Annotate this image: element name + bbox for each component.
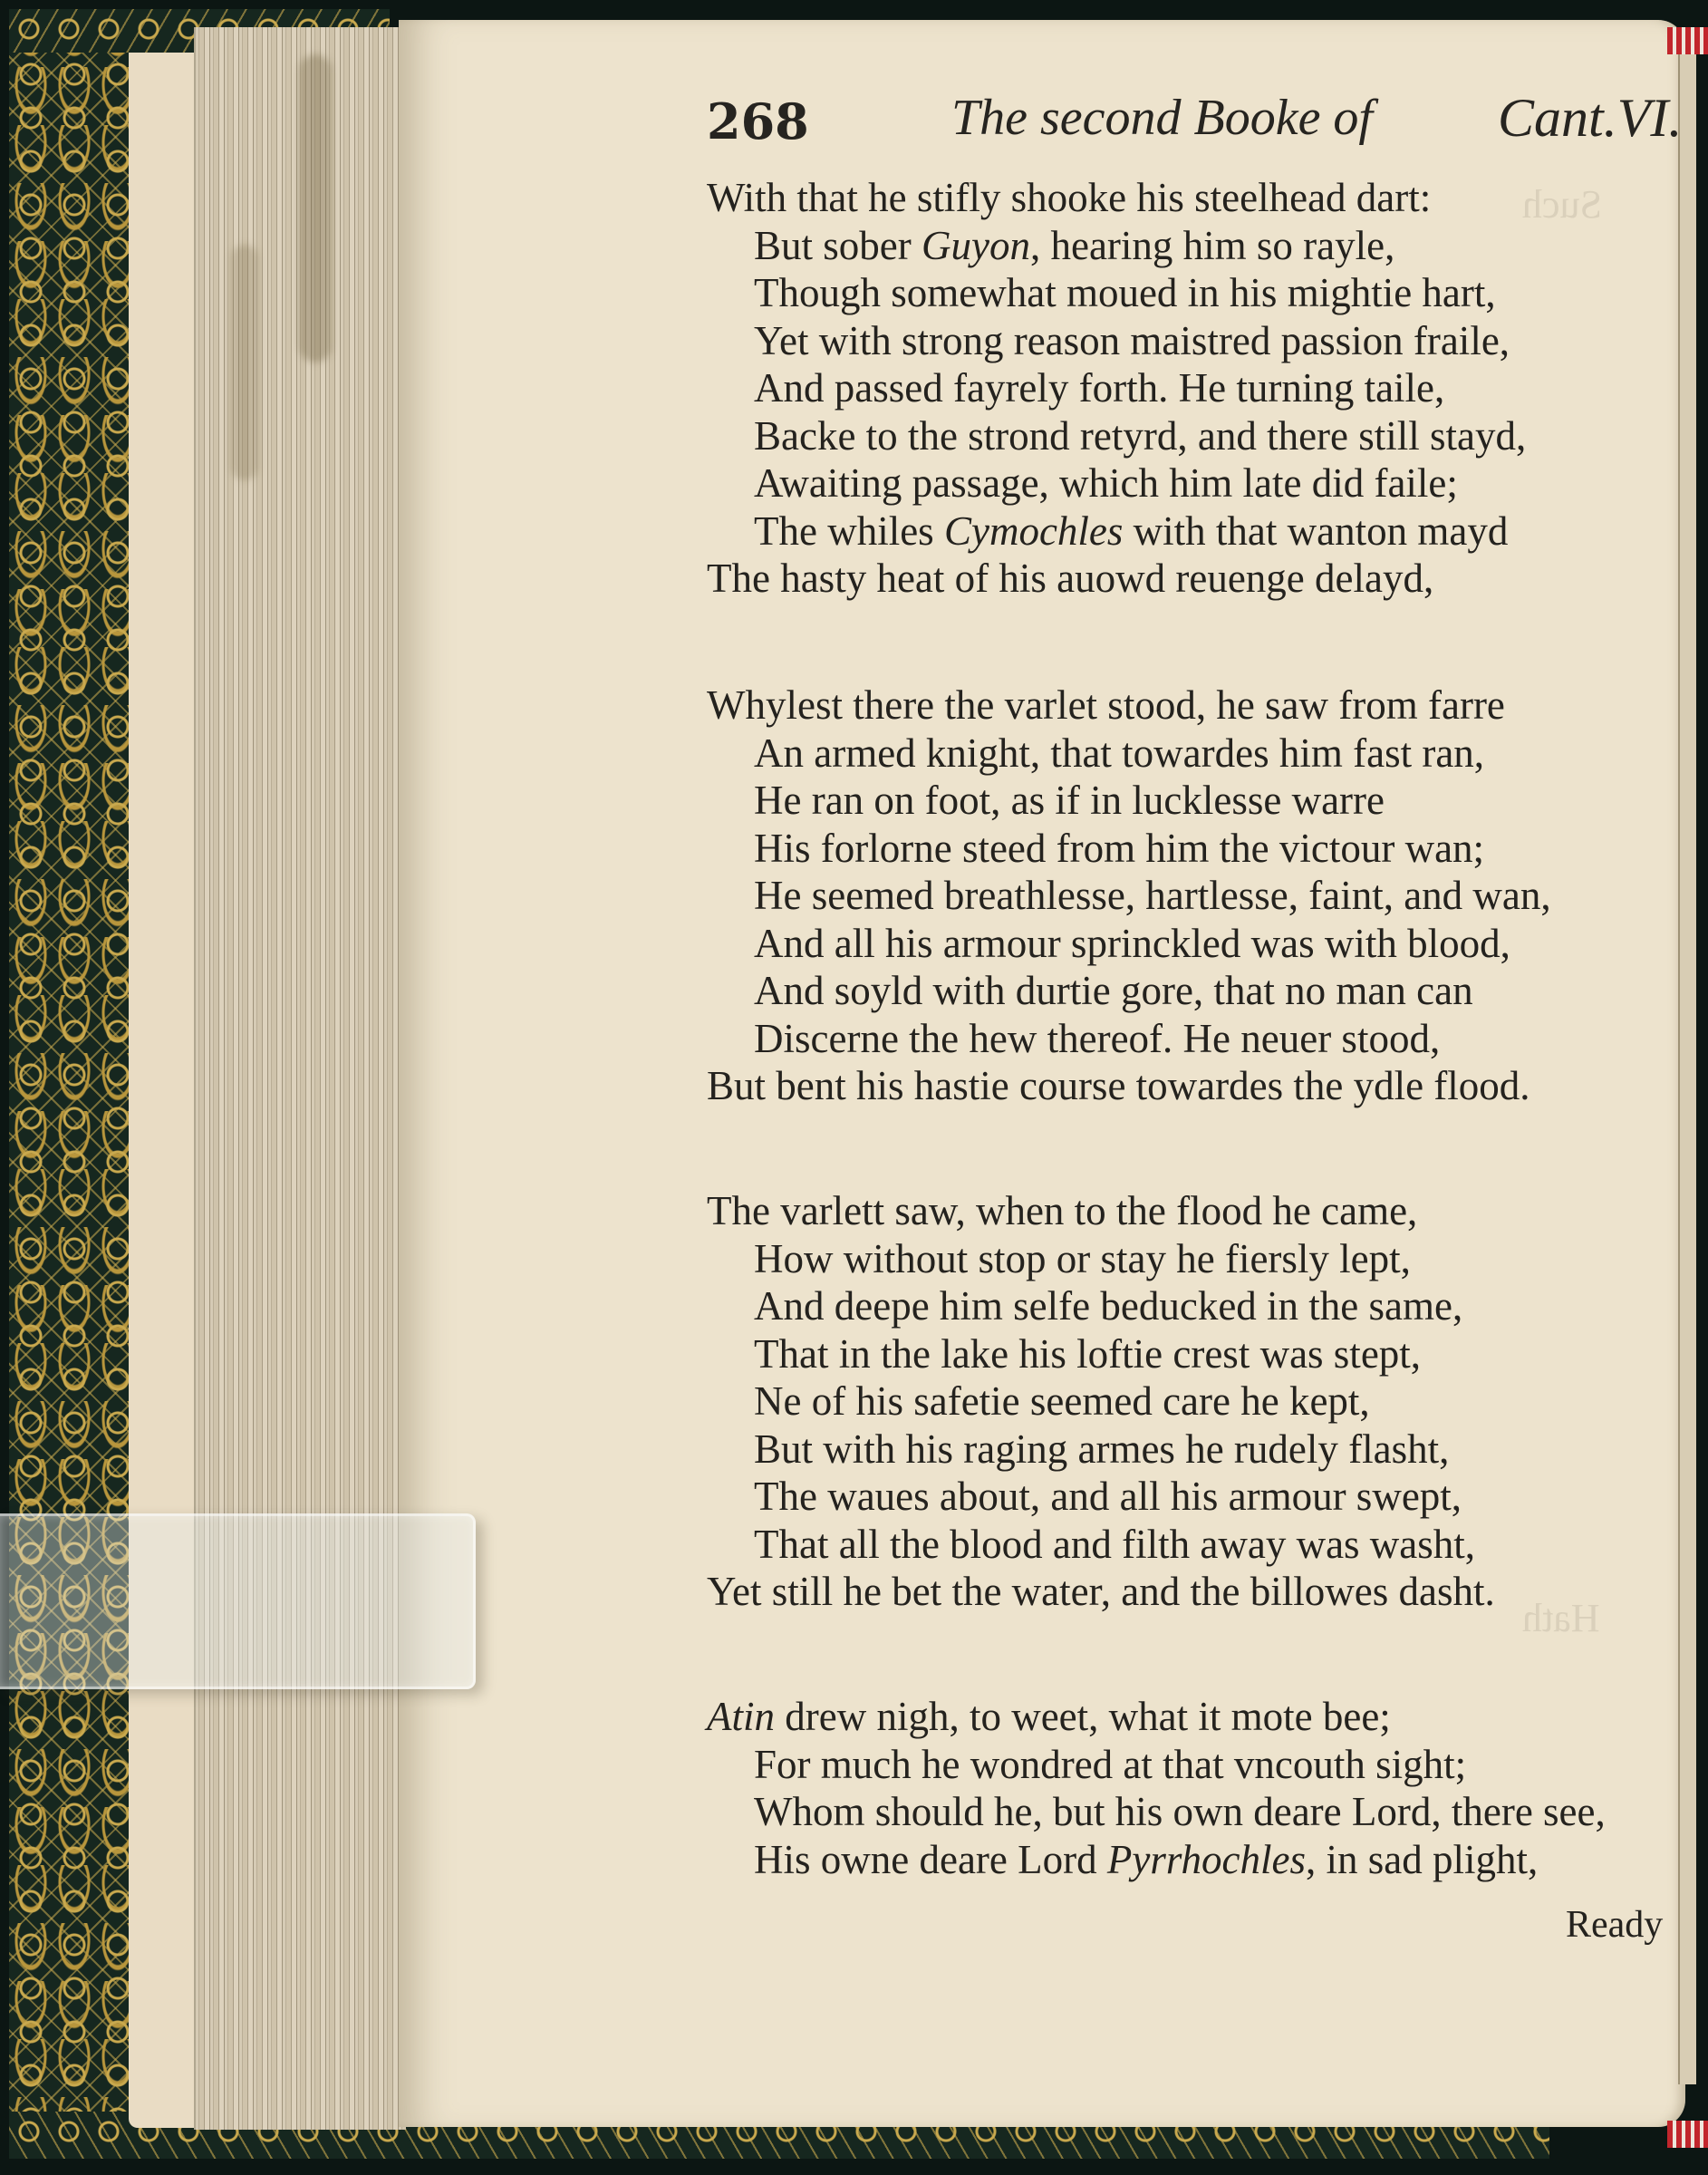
verse-line: He seemed breathlesse, hartlesse, faint,… <box>707 872 1551 920</box>
verse-line: Whom should he, but his own deare Lord, … <box>707 1788 1606 1836</box>
verse-line: And passed fayrely forth. He turning tai… <box>707 364 1526 412</box>
page-fore-edge-right <box>1678 45 1696 2084</box>
proper-name: Cymochles <box>944 508 1123 554</box>
page-holder-clip <box>0 1513 476 1689</box>
proper-name: Guyon <box>922 223 1030 268</box>
verse-line: His forlorne steed from him the victour … <box>707 825 1551 873</box>
proper-name: Pyrrhochles <box>1107 1837 1306 1882</box>
headband-bottom <box>1667 2121 1708 2148</box>
verse-line: But sober Guyon, hearing him so rayle, <box>707 222 1526 270</box>
page-number: 268 <box>707 92 809 150</box>
running-head: 268 The second Booke of Cant.VI. <box>707 83 1649 156</box>
verse-line: Yet with strong reason maistred passion … <box>707 317 1526 365</box>
stanza-3: The varlett saw, when to the flood he ca… <box>707 1187 1495 1616</box>
verse-line: The varlett saw, when to the flood he ca… <box>707 1187 1495 1235</box>
stanza-1: With that he stifly shooke his steelhead… <box>707 174 1526 603</box>
verse-line: His owne deare Lord Pyrrhochles, in sad … <box>707 1836 1606 1884</box>
canto-label: Cant.VI. <box>1498 87 1682 150</box>
show-through-text: Such <box>1522 181 1602 227</box>
verse-line: The waues about, and all his armour swep… <box>707 1473 1495 1521</box>
verse-line: That in the lake his loftie crest was st… <box>707 1330 1495 1378</box>
verse-line: Discerne the hew thereof. He neuer stood… <box>707 1015 1551 1063</box>
verse-line: For much he wondred at that vncouth sigh… <box>707 1741 1606 1789</box>
verse-line: And deepe him selfe beducked in the same… <box>707 1282 1495 1330</box>
verse-line: He ran on foot, as if in lucklesse warre <box>707 777 1551 825</box>
verse-line: The whiles Cymochles with that wanton ma… <box>707 507 1526 556</box>
verse-line: How without stop or stay he fiersly lept… <box>707 1235 1495 1283</box>
verse-line: The hasty heat of his auowd reuenge dela… <box>707 555 1526 603</box>
stanza-4: Atin drew nigh, to weet, what it mote be… <box>707 1693 1606 1883</box>
flyleaf <box>129 53 201 2128</box>
verse-line: And soyld with durtie gore, that no man … <box>707 967 1551 1015</box>
water-stain <box>299 54 332 362</box>
proper-name: Atin <box>707 1694 775 1739</box>
verse-line: That all the blood and filth away was wa… <box>707 1521 1495 1569</box>
stanza-2: Whylest there the varlet stood, he saw f… <box>707 681 1551 1110</box>
catchword: Ready <box>1566 1903 1663 1947</box>
verse-line: Yet still he bet the water, and the bill… <box>707 1568 1495 1616</box>
water-stain <box>231 245 258 480</box>
verse-line: Awaiting passage, which him late did fai… <box>707 459 1526 507</box>
verse-line: But bent his hastie course towardes the … <box>707 1062 1551 1110</box>
verse-line: Backe to the strond retyrd, and there st… <box>707 412 1526 460</box>
verse-line: Ne of his safetie seemed care he kept, <box>707 1377 1495 1426</box>
verse-line: Atin drew nigh, to weet, what it mote be… <box>707 1693 1606 1741</box>
verse-line: An armed knight, that towardes him fast … <box>707 730 1551 778</box>
verse-line: With that he stifly shooke his steelhead… <box>707 174 1526 222</box>
show-through-text: Hath <box>1522 1595 1600 1641</box>
verse-line: Whylest there the varlet stood, he saw f… <box>707 681 1551 730</box>
headband-top <box>1667 27 1708 54</box>
verse-line: Though somewhat moued in his mightie har… <box>707 269 1526 317</box>
running-title: The second Booke of <box>951 89 1373 147</box>
verse-line: And all his armour sprinckled was with b… <box>707 920 1551 968</box>
verse-line: But with his raging armes he rudely flas… <box>707 1426 1495 1474</box>
